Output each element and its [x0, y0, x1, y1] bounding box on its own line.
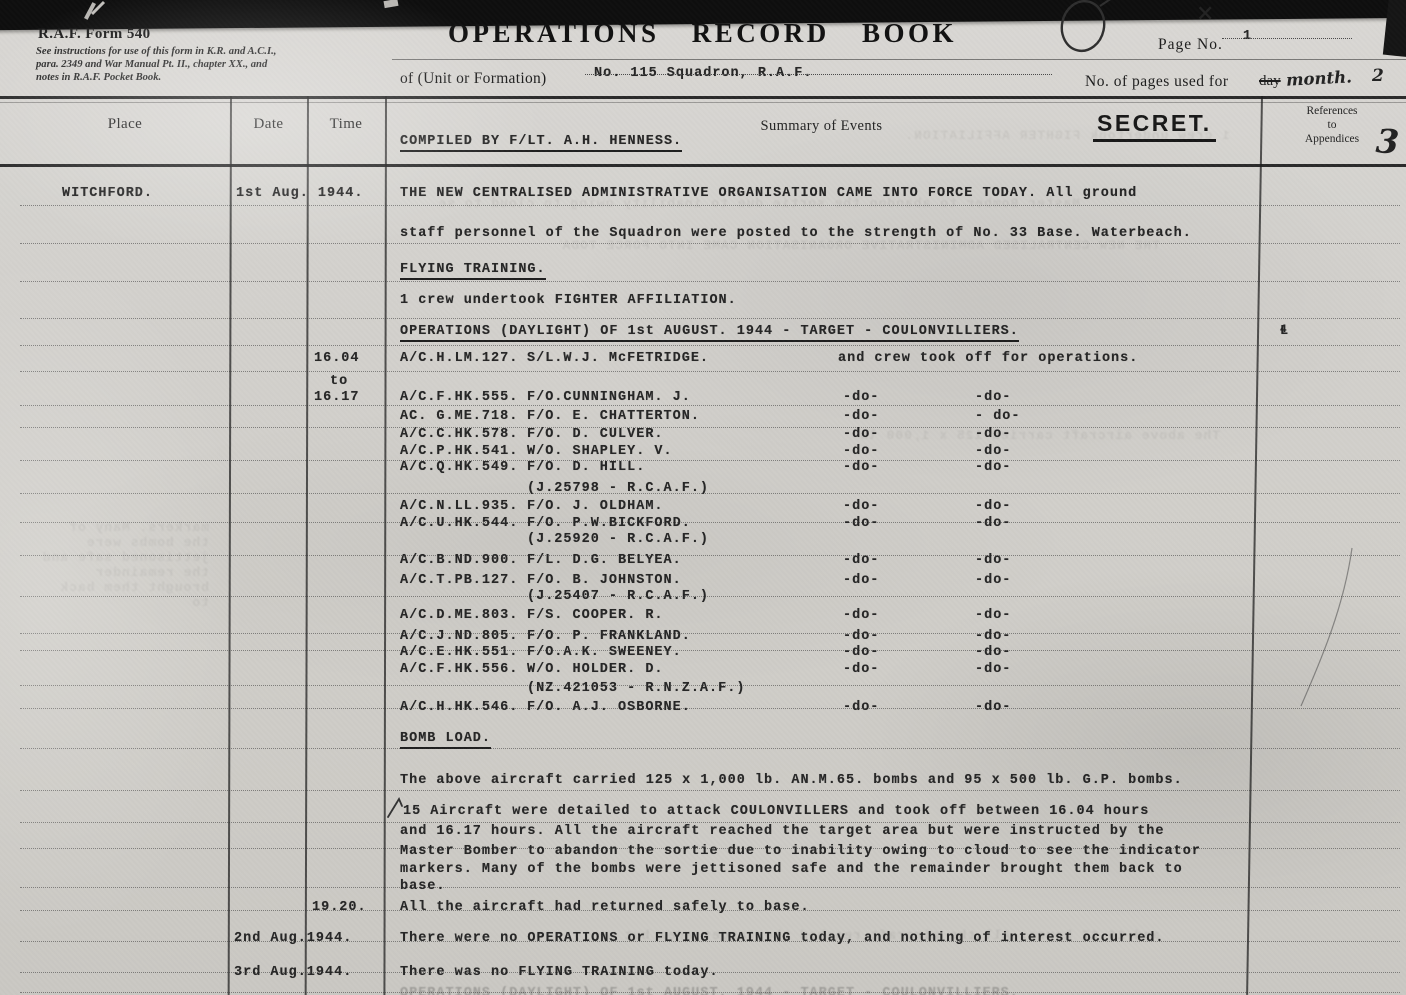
summary-text: staff personnel of the Squadron were pos… [400, 226, 1192, 241]
ditto-mark: -do- [843, 573, 879, 588]
record-line: and 16.17 hours. All the aircraft reache… [0, 824, 1406, 841]
ditto-mark: -do- [975, 629, 1011, 644]
ruled-line [20, 205, 1400, 206]
aircraft-id: A/C.D.ME.803. [400, 608, 518, 623]
compiled-by-text: COMPILED BY F/LT. A.H. HENNESS. [400, 134, 682, 152]
handwritten-page-mark: 3 [1375, 121, 1401, 162]
ditto-mark: -do- [975, 499, 1011, 514]
pilot-name: W/O. HOLDER. D. [527, 662, 664, 677]
ruled-line [20, 685, 1400, 686]
form-instructions: See instructions for use of this form in… [36, 45, 276, 84]
ruled-line [20, 708, 1400, 709]
record-line: to [0, 374, 1406, 391]
form-number: R.A.F. Form 540 [38, 26, 151, 43]
aircraft-id: A/C.H.LM.127. [400, 351, 518, 366]
table-top-line [0, 96, 1406, 99]
date-cell: 1st Aug. 1944. [236, 186, 363, 201]
pilot-name: F/O. J. OLDHAM. [527, 499, 664, 514]
col-header-time: Time [307, 116, 385, 133]
record-line: A/C.N.LL.935.F/O. J. OLDHAM.-do--do- [0, 499, 1406, 516]
pages-used-value: 2 [1372, 66, 1384, 86]
page-title: OPERATIONS RECORD BOOK [448, 18, 957, 49]
scanned-operations-record-book-page: R.A.F. Form 540 See instructions for use… [0, 0, 1406, 995]
form-instructions-line2: para. 2349 and War Manual Pt. II., chapt… [36, 58, 276, 71]
record-line: (J.25798 - R.C.A.F.) [0, 481, 1406, 498]
record-line: A/C.Q.HK.549.F/O. D. HILL.-do--do- [0, 460, 1406, 477]
pilot-name: F/O. E. CHATTERTON. [527, 409, 700, 424]
pilot-name: F/O.A.K. SWEENEY. [527, 645, 682, 660]
remark-text: and crew took off for operations. [838, 351, 1138, 366]
ruled-line [20, 460, 1400, 461]
record-line: (NZ.421053 - R.N.Z.A.F.) [0, 681, 1406, 698]
ditto-mark: -do- [843, 427, 879, 442]
summary-text: 1 crew undertook FIGHTER AFFILIATION. [400, 293, 737, 308]
col-header-references-line1: References [1262, 104, 1402, 118]
record-line: 15 Aircraft were detailed to attack COUL… [0, 804, 1406, 821]
ruled-line [20, 941, 1400, 942]
ditto-mark: -do- [975, 444, 1011, 459]
form-instructions-line1: See instructions for use of this form in… [36, 45, 276, 58]
summary-heading: FLYING TRAINING. [400, 262, 546, 280]
date-cell: 2nd Aug.1944. [234, 931, 352, 946]
pilot-name: F/O. D. HILL. [527, 460, 645, 475]
summary-text: The above aircraft carried 125 x 1,000 l… [400, 773, 1183, 788]
ditto-mark: -do- [843, 662, 879, 677]
ruled-line [20, 887, 1400, 888]
ditto-mark: -do- [843, 629, 879, 644]
ditto-mark: -do- [975, 662, 1011, 677]
ditto-mark: -do- [975, 390, 1011, 405]
record-line: 3rd Aug.1944.There was no FLYING TRAININ… [0, 965, 1406, 982]
service-number: (NZ.421053 - R.N.Z.A.F.) [527, 681, 745, 696]
record-line: 2nd Aug.1944.There were no OPERATIONS or… [0, 931, 1406, 948]
pages-used-handwritten-word: month. [1286, 67, 1353, 89]
ditto-mark: - do- [975, 409, 1021, 424]
record-line: BOMB LOAD. [0, 731, 1406, 748]
record-line: Master Bomber to abandon the sortie due … [0, 844, 1406, 861]
pages-used-label: No. of pages used for [1085, 73, 1229, 91]
ruled-line [20, 748, 1400, 749]
page-no-rule [1222, 38, 1352, 39]
summary-text: There were no OPERATIONS or FLYING TRAIN… [400, 931, 1165, 946]
record-line: 19.20.All the aircraft had returned safe… [0, 900, 1406, 917]
record-line: The above aircraft carried 125 x 1,000 l… [0, 773, 1406, 790]
col-header-place: Place [20, 116, 230, 133]
record-line: staff personnel of the Squadron were pos… [0, 226, 1406, 243]
form-instructions-line3: notes in R.A.F. Pocket Book. [36, 71, 276, 84]
aircraft-id: A/C.E.HK.551. [400, 645, 518, 660]
ruled-line [20, 522, 1400, 523]
aircraft-id: A/C.U.HK.544. [400, 516, 518, 531]
ditto-mark: -do- [975, 427, 1011, 442]
pilot-name: F/O. P. FRANKLAND. [527, 629, 691, 644]
record-line: (J.25407 - R.C.A.F.) [0, 589, 1406, 606]
record-line: (J.25920 - R.C.A.F.) [0, 532, 1406, 549]
pen-cross-mark: × [1196, 0, 1214, 26]
ruled-line [20, 972, 1400, 973]
ruled-line [20, 910, 1400, 911]
header-bottom-line [0, 164, 1406, 167]
ditto-mark: -do- [975, 645, 1011, 660]
aircraft-id: AC. G.ME.718. [400, 409, 518, 424]
record-line: A/C.D.ME.803.F/S. COOPER. R.-do--do- [0, 608, 1406, 625]
aircraft-id: A/C.N.LL.935. [400, 499, 518, 514]
ditto-mark: -do- [975, 460, 1011, 475]
unit-label: of (Unit or Formation) [400, 70, 547, 88]
pilot-name: S/L.W.J. McFETRIDGE. [527, 351, 709, 366]
time-cell: 19.20. [312, 900, 367, 915]
ruled-line [20, 822, 1400, 823]
summary-text: Master Bomber to abandon the sortie due … [400, 844, 1201, 859]
pilot-name: F/O.CUNNINGHAM. J. [527, 390, 691, 405]
ruled-line [20, 281, 1400, 282]
ruled-line [20, 650, 1400, 651]
aircraft-id: A/C.Q.HK.549. [400, 460, 518, 475]
table-top-line2 [0, 102, 1406, 103]
ditto-mark: -do- [843, 409, 879, 424]
record-line: 16.04A/C.H.LM.127.S/L.W.J. McFETRIDGE.an… [0, 351, 1406, 368]
unit-rule [585, 74, 1052, 75]
record-line: WITCHFORD.1st Aug. 1944.THE NEW CENTRALI… [0, 186, 1406, 203]
aircraft-id: A/C.F.HK.556. [400, 662, 518, 677]
pilot-name: F/O. B. JOHNSTON. [527, 573, 682, 588]
aircraft-id: A/C.J.ND.805. [400, 629, 518, 644]
service-number: (J.25920 - R.C.A.F.) [527, 532, 709, 547]
ditto-mark: -do- [843, 460, 879, 475]
pilot-name: W/O. SHAPLEY. V. [527, 444, 673, 459]
summary-text: THE NEW CENTRALISED ADMINISTRATIVE ORGAN… [400, 186, 1137, 201]
page-no-label: Page No. [1158, 36, 1223, 54]
record-line: A/C.F.HK.556.W/O. HOLDER. D.-do--do- [0, 662, 1406, 679]
summary-heading: OPERATIONS (DAYLIGHT) OF 1st AUGUST. 194… [400, 324, 1019, 342]
ruled-line [20, 243, 1400, 244]
summary-text: and 16.17 hours. All the aircraft reache… [400, 824, 1165, 839]
pilot-name: F/O. P.W.BICKFORD. [527, 516, 691, 531]
time-cell: to [330, 374, 348, 389]
ditto-mark: -do- [975, 608, 1011, 623]
record-line: markers. Many of the bombs were jettison… [0, 862, 1406, 879]
record-line: A/C.P.HK.541.W/O. SHAPLEY. V.-do--do- [0, 444, 1406, 461]
place-cell: WITCHFORD. [62, 186, 153, 201]
aircraft-id: A/C.C.HK.578. [400, 427, 518, 442]
ditto-mark: -do- [843, 499, 879, 514]
header-divider-line [392, 59, 1406, 60]
ruled-line [20, 371, 1400, 372]
ruled-line [20, 405, 1400, 406]
compiled-by-line: COMPILED BY F/LT. A.H. HENNESS. [400, 134, 682, 149]
ruled-line [20, 555, 1400, 556]
appendix-ref-number: 4 [1280, 324, 1288, 336]
cut-off-line: OPERATIONS (DAYLIGHT) OF 1st AUGUST. 194… [400, 986, 1140, 995]
time-cell: 16.17 [314, 390, 360, 405]
summary-text: 15 Aircraft were detailed to attack COUL… [403, 804, 1149, 819]
ditto-mark: -do- [843, 645, 879, 660]
ruled-line [20, 596, 1400, 597]
record-line: A/C.J.ND.805.F/O. P. FRANKLAND.-do--do- [0, 629, 1406, 646]
ditto-mark: -do- [843, 444, 879, 459]
page-no-value: 1 [1243, 29, 1252, 44]
col-header-date: Date [230, 116, 307, 133]
record-line: A/C.T.PB.127.F/O. B. JOHNSTON.-do--do- [0, 573, 1406, 590]
record-line: A/C.E.HK.551.F/O.A.K. SWEENEY.-do--do- [0, 645, 1406, 662]
ruled-line [20, 345, 1400, 346]
ruled-line [20, 992, 1400, 993]
time-cell: 16.04 [314, 351, 360, 366]
ditto-mark: -do- [843, 516, 879, 531]
record-line: A/C.U.HK.544.F/O. P.W.BICKFORD.-do--do- [0, 516, 1406, 533]
record-line: A/C.C.HK.578.F/O. D. CULVER.-do--do- [0, 427, 1406, 444]
ditto-mark: -do- [975, 573, 1011, 588]
ditto-mark: -do- [843, 390, 879, 405]
summary-text: All the aircraft had returned safely to … [400, 900, 810, 915]
aircraft-id: A/C.P.HK.541. [400, 444, 518, 459]
summary-heading: BOMB LOAD. [400, 731, 491, 749]
record-line: AC. G.ME.718.F/O. E. CHATTERTON.-do-- do… [0, 409, 1406, 426]
aircraft-id: A/C.F.HK.555. [400, 390, 518, 405]
ruled-line [20, 633, 1400, 634]
pages-used-struck-word: day [1259, 73, 1281, 90]
ditto-mark: -do- [843, 608, 879, 623]
aircraft-id: A/C.T.PB.127. [400, 573, 518, 588]
record-line: 1 crew undertook FIGHTER AFFILIATION. [0, 293, 1406, 310]
summary-text: markers. Many of the bombs were jettison… [400, 862, 1183, 877]
ruled-line [20, 493, 1400, 494]
record-line: FLYING TRAINING. [0, 262, 1406, 279]
ruled-line [20, 790, 1400, 791]
secret-stamp: SECRET. [1093, 110, 1216, 142]
pilot-name: F/O. D. CULVER. [527, 427, 664, 442]
pilot-name: F/S. COOPER. R. [527, 608, 664, 623]
ruled-line [20, 318, 1400, 319]
ditto-mark: -do- [975, 516, 1011, 531]
record-line: OPERATIONS (DAYLIGHT) OF 1st AUGUST. 194… [0, 324, 1406, 341]
ruled-line [20, 427, 1400, 428]
ruled-line [20, 848, 1400, 849]
